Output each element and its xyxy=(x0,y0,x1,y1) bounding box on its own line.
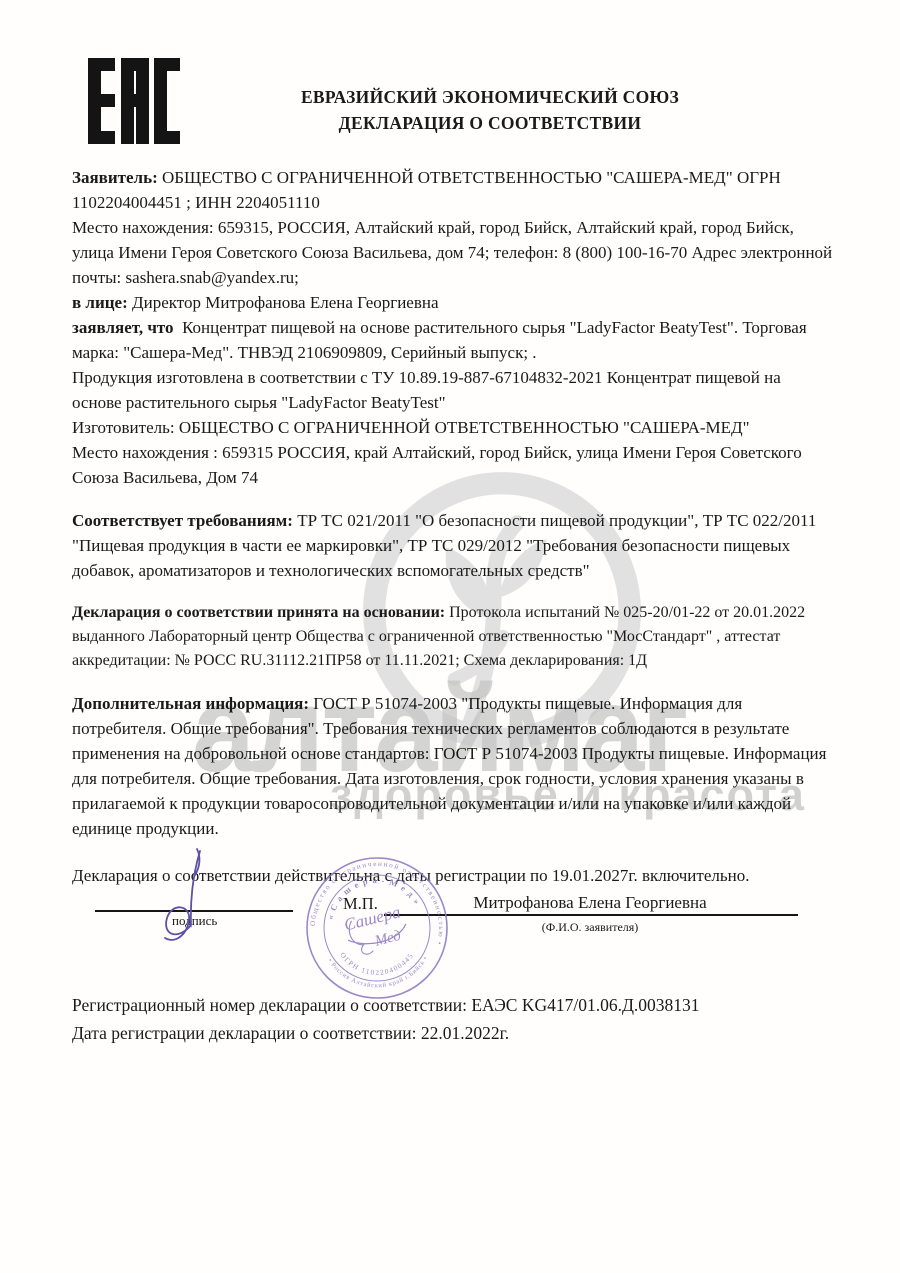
paragraph-lead: Декларация о соответствии принята на осн… xyxy=(72,604,445,621)
paragraph-lead: Соответствует требованиям: xyxy=(72,511,293,530)
paragraph-lead: в лице: xyxy=(72,293,128,312)
paragraph: Место нахождения : 659315 РОССИЯ, край А… xyxy=(72,440,834,490)
registration-date: Дата регистрации декларации о соответств… xyxy=(72,1023,509,1044)
paragraph: в лице: Директор Митрофанова Елена Георг… xyxy=(72,290,834,315)
document-body: Заявитель: ОБЩЕСТВО С ОГРАНИЧЕННОЙ ОТВЕТ… xyxy=(72,165,834,888)
paragraph-lead: заявляет, что xyxy=(72,318,174,337)
paragraph: Дополнительная информация: ГОСТ Р 51074-… xyxy=(72,691,834,841)
declarant-caption: (Ф.И.О. заявителя) xyxy=(470,920,710,935)
header-union-name: ЕВРАЗИЙСКИЙ ЭКОНОМИЧЕСКИЙ СОЮЗ xyxy=(160,84,820,110)
paragraph-lead: Заявитель: xyxy=(72,168,158,187)
header-doc-type: ДЕКЛАРАЦИЯ О СООТВЕТСТВИИ xyxy=(160,110,820,136)
paragraph: Место нахождения: 659315, РОССИЯ, Алтайс… xyxy=(72,215,834,290)
handwritten-signature xyxy=(148,845,228,945)
paragraph: Заявитель: ОБЩЕСТВО С ОГРАНИЧЕННОЙ ОТВЕТ… xyxy=(72,165,834,215)
stamp-script-line2: Мед xyxy=(372,928,403,950)
paragraph: Соответствует требованиям: ТР ТС 021/201… xyxy=(72,508,834,583)
paragraph: Изготовитель: ОБЩЕСТВО С ОГРАНИЧЕННОЙ ОТ… xyxy=(72,415,834,440)
company-stamp: Общество с ограниченной ответственностью… xyxy=(302,853,452,1003)
paragraph: Продукция изготовлена в соответствии с Т… xyxy=(72,365,834,415)
document-header: ЕВРАЗИЙСКИЙ ЭКОНОМИЧЕСКИЙ СОЮЗ ДЕКЛАРАЦИ… xyxy=(160,84,820,136)
paragraph-lead: Дополнительная информация: xyxy=(72,694,309,713)
paragraph: заявляет, что Концентрат пищевой на осно… xyxy=(72,315,834,365)
paragraph: Декларация о соответствии принята на осн… xyxy=(72,601,834,673)
declaration-document: алтаймаг здоровье и красота ЕВРАЗИЙСКИЙ … xyxy=(0,0,900,1273)
declarant-name: Митрофанова Елена Георгиевна xyxy=(420,893,760,913)
